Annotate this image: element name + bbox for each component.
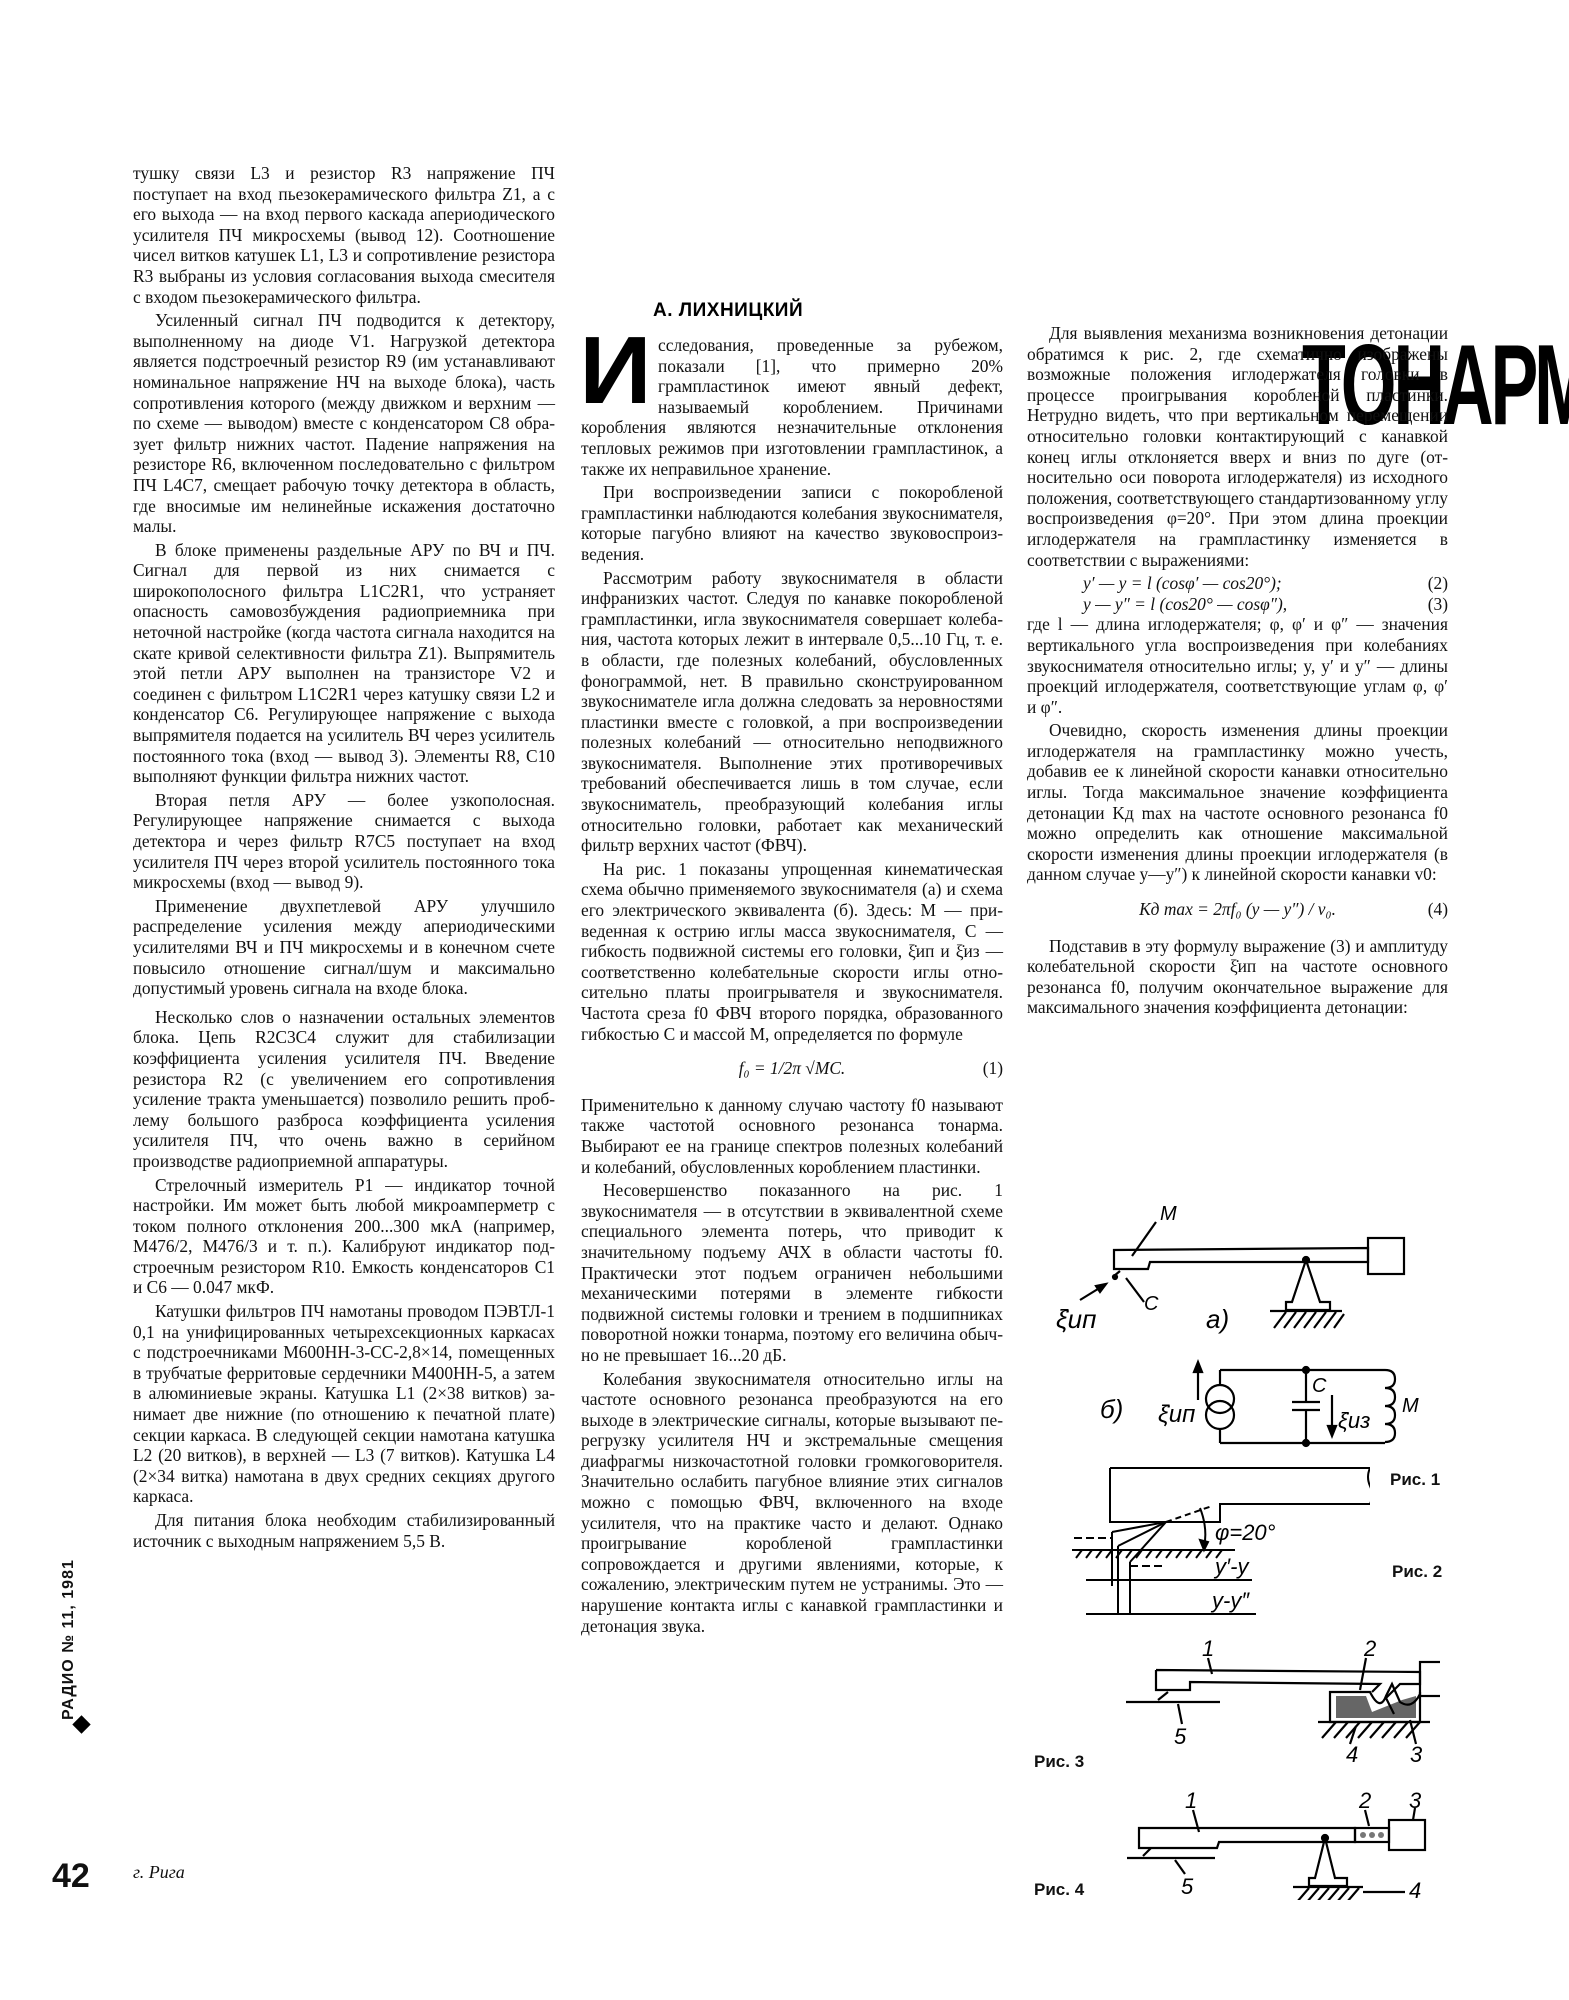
angle-label: φ=20° (1215, 1520, 1276, 1545)
paragraph: Катушки фильтров ПЧ намотаны прово­дом П… (133, 1301, 555, 1507)
part-label-2: 2 (1358, 1790, 1371, 1813)
paragraph: Стрелочный измеритель P1 — индикатор точ… (133, 1175, 555, 1299)
paragraph: Подставив в эту формулу выражение (3) и … (1027, 936, 1448, 1018)
article-author: А. ЛИХНИЦКИЙ (653, 300, 803, 322)
label-xi-iz: ξ̇из (1338, 1408, 1370, 1433)
column-article-2: Для выявления механизма возникнове­ния д… (1027, 323, 1448, 1021)
figure-1-diagram: M C ξ̇ип а) б) ξ̇ип C ξ̇из M (1030, 1200, 1450, 1460)
dimension-y-y2: y-y″ (1210, 1588, 1250, 1613)
part-label-1: 1 (1202, 1640, 1214, 1661)
figure-1-caption: Рис. 1 (1390, 1470, 1440, 1490)
part-label-3: 3 (1409, 1790, 1422, 1813)
label-C-2: C (1312, 1375, 1327, 1397)
paragraph: Рассмотрим работу звукоснимателя в облас… (581, 568, 1003, 856)
paragraph: Очевидно, скорость изменения длины проек… (1027, 720, 1448, 885)
article-title-block: ТОНАРМ С ДИНАМИЧЕСКИМ (651, 165, 1448, 275)
formula-number: (2) (1428, 573, 1448, 594)
paragraph: Применительно к данному случаю частоту f… (581, 1095, 1003, 1177)
label-b: б) (1100, 1394, 1123, 1424)
column-article-1: Исследования, проведенные за рубе­жом, п… (581, 323, 1003, 1639)
formula-2: y′ — y = l (cosφ′ — cos20°); (2) (1027, 573, 1448, 594)
city-signature: г. Рига (133, 1862, 185, 1883)
journal-issue-label: РАДИО № 11, 1981 (60, 1520, 78, 1720)
figure-2-diagram: φ=20° y′-y y-y″ (1030, 1462, 1370, 1632)
part-label-1: 1 (1185, 1790, 1197, 1813)
formula-4: Kд max = 2πf₀ (y — y″) / v₀. (4) (1027, 899, 1448, 920)
formula-text: y — y″ = l (cos20° — cosφ″), (1083, 594, 1287, 614)
formula-text: Kд max = 2πf₀ (y — y″) / v₀. (1139, 899, 1336, 919)
formula-3: y — y″ = l (cos20° — cosφ″), (3) (1027, 594, 1448, 615)
drop-cap: И (579, 339, 651, 403)
paragraph: На рис. 1 показаны упрощенная кине­матич… (581, 859, 1003, 1044)
figure-2-caption: Рис. 2 (1392, 1562, 1442, 1582)
dimension-y1-y: y′-y (1213, 1554, 1250, 1579)
paragraph: Для выявления механизма возникнове­ния д… (1027, 323, 1448, 570)
part-label-5: 5 (1181, 1874, 1194, 1899)
figure-3-diagram: 1 2 3 4 5 (1110, 1640, 1440, 1775)
paragraph: В блоке применены раздельные АРУ по ВЧ и… (133, 540, 555, 787)
paragraph: Для питания блока необходим стабили­зиро… (133, 1510, 555, 1551)
paragraph: Применение двухпетлевой АРУ улучшило рас… (133, 896, 555, 999)
part-label-4: 4 (1409, 1878, 1421, 1900)
paragraph: Усиленный сигнал ПЧ подводится к де­тект… (133, 310, 555, 537)
paragraph: где l — длина иглодержателя; φ, φ′ и φ″ … (1027, 614, 1448, 717)
label-a: а) (1206, 1304, 1229, 1334)
formula-number: (1) (983, 1058, 1003, 1079)
part-label-3: 3 (1410, 1742, 1423, 1767)
label-M: M (1160, 1203, 1177, 1225)
formula-number: (4) (1428, 899, 1448, 920)
paragraph: При воспроизведении записи с поко­роблен… (581, 482, 1003, 564)
figure-4-diagram: 1 2 3 4 5 (1115, 1790, 1445, 1900)
page-number: 42 (52, 1856, 90, 1896)
figure-4-caption: Рис. 4 (1034, 1880, 1084, 1900)
part-label-5: 5 (1174, 1724, 1187, 1749)
formula-number: (3) (1428, 594, 1448, 615)
label-M-2: M (1402, 1395, 1419, 1417)
part-label-2: 2 (1363, 1640, 1376, 1661)
label-xi-in-2: ξ̇ип (1158, 1401, 1195, 1428)
label-C: C (1144, 1293, 1159, 1315)
formula-text: y′ — y = l (cosφ′ — cos20°); (1083, 573, 1282, 593)
label-xi-in: ξ̇ип (1056, 1304, 1096, 1334)
paragraph: Вторая петля АРУ — более узкополос­ная. … (133, 790, 555, 893)
formula-1: f₀ = 1/2π √MC. (1) (581, 1058, 1003, 1079)
paragraph: Колебания звукоснимателя относитель­но и… (581, 1369, 1003, 1637)
column-previous-article: тушку связи L3 и резистор R3 напряже­ние… (133, 163, 555, 1554)
formula-text: f₀ = 1/2π √MC. (739, 1058, 846, 1078)
paragraph: тушку связи L3 и резистор R3 напряже­ние… (133, 163, 555, 307)
figure-3-caption: Рис. 3 (1034, 1752, 1084, 1772)
part-label-4: 4 (1346, 1742, 1358, 1767)
paragraph-lead: Исследования, проведенные за рубе­жом, п… (581, 335, 1003, 479)
paragraph: Несколько слов о назначении остальных эл… (133, 1007, 555, 1172)
paragraph: Несовершенство показанного на рис. 1 зву… (581, 1180, 1003, 1365)
